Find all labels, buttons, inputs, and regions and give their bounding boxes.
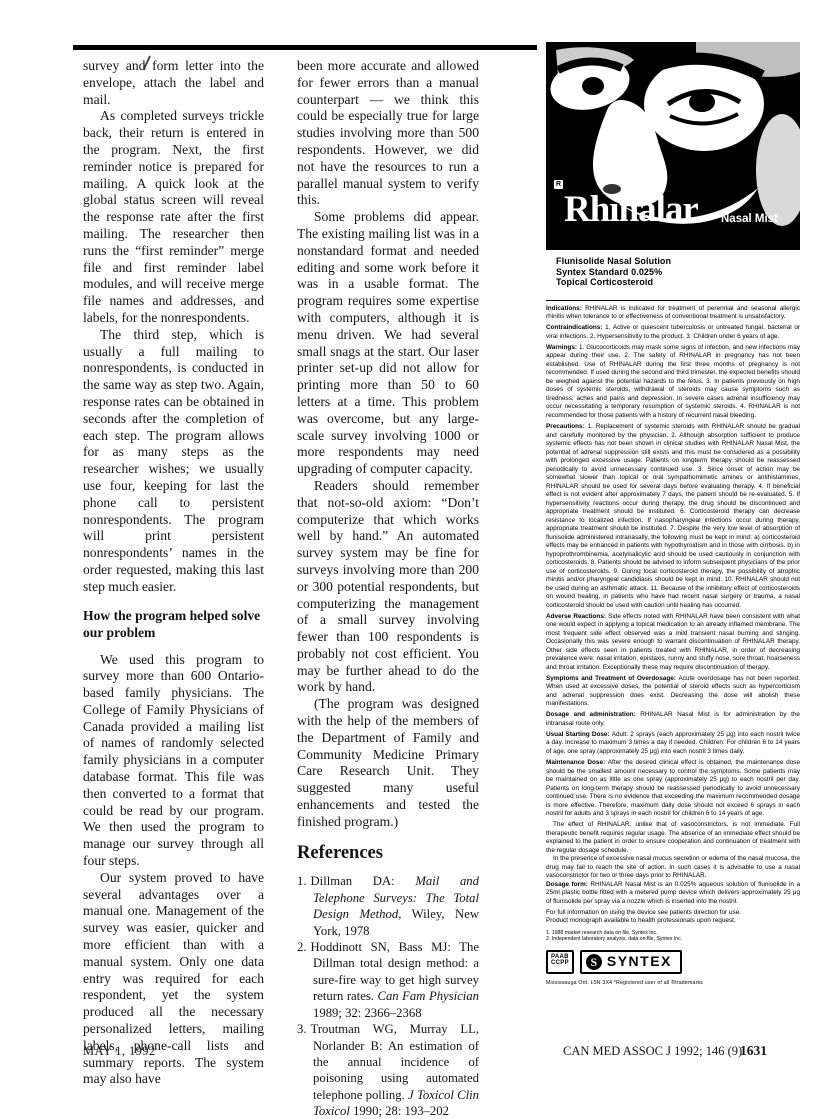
paragraph: The third step, which is usually a full … <box>83 327 264 596</box>
registered-mark-icon: R <box>554 180 563 189</box>
ad-section-label: Symptoms and Treatment of Overdosage: <box>546 675 678 682</box>
reference-number: 2. <box>297 940 311 954</box>
ad-hero-image: R Rhinalar Nasal Mist <box>546 42 800 250</box>
paragraph: been more accurate and allowed for fewer… <box>297 58 479 209</box>
paragraph: We used this program to survey more than… <box>83 652 264 870</box>
ad-section-text: RHINALAR is indicated for treatment of p… <box>546 305 800 321</box>
footer-date: MAY 1, 1992 <box>83 1044 156 1059</box>
top-rule <box>73 45 537 50</box>
reference-text: 1990; 28: 193–202 <box>350 1104 449 1118</box>
section-heading: How the program helped solve our problem <box>83 607 264 641</box>
journal-page: survey and form letter into the envelope… <box>0 0 816 1119</box>
advertisement-rhinalar: R Rhinalar Nasal Mist Flunisolide Nasal … <box>546 42 800 987</box>
ad-logos: PAAB CCPP S SYNTEX <box>546 950 800 974</box>
reference-number: 1. <box>297 874 311 888</box>
footer-page-number: 1631 <box>740 1043 767 1059</box>
paragraph: As completed surveys trickle back, their… <box>83 108 264 326</box>
ad-section-dosage-administration: Dosage and administration: RHINALAR Nasa… <box>546 711 800 728</box>
ad-address-line: Mississauga Ont. L5N 3X4 *Registered use… <box>546 979 800 988</box>
ad-section-effect-note: The effect of RHINALAR, unlike that of v… <box>546 821 800 855</box>
ad-section-text: The effect of RHINALAR, unlike that of v… <box>546 821 800 854</box>
ad-section-label: Contraindications: <box>546 324 605 331</box>
paragraph: survey and form letter into the envelope… <box>83 58 264 108</box>
paragraph: Readers should remember that not-so-old … <box>297 478 479 696</box>
brand-lockup: R Rhinalar Nasal Mist <box>554 184 794 228</box>
references-heading: References <box>297 845 479 862</box>
ad-section-text: After the desired clinical effect is obt… <box>546 759 800 817</box>
prescribing-information: Indications: RHINALAR is indicated for t… <box>546 300 800 987</box>
reference-item: 2.Hoddinott SN, Bass MJ: The Dillman tot… <box>297 939 479 1021</box>
ad-section-text: 1. Replacement of systemic steroids with… <box>546 423 800 609</box>
reference-number: 3. <box>297 1022 311 1036</box>
syntex-logo: S SYNTEX <box>580 950 682 974</box>
ad-section-label: Warnings: <box>546 344 579 351</box>
ad-section-adverse-reactions: Adverse Reactions: Side effects noted wi… <box>546 613 800 673</box>
ad-section-label: Maintenance Dose: <box>546 759 608 766</box>
reference-text: 1989; 32: 2366–2368 <box>313 1006 422 1020</box>
syntex-s-icon: S <box>586 954 602 970</box>
reference-item: 1.Dillman DA: Mail and Telephone Surveys… <box>297 873 479 939</box>
reference-item: 3.Troutman WG, Murray LL, Norlander B: A… <box>297 1021 479 1119</box>
ad-footnotes: 1. 1988 market research data on file, Sy… <box>546 930 800 943</box>
ad-section-text: Side effects noted with RHINALAR have be… <box>546 613 800 671</box>
product-line: Syntex Standard 0.025% <box>556 267 800 278</box>
ad-section-maintenance-dose: Maintenance Dose: After the desired clin… <box>546 759 800 819</box>
brand-tagline: Nasal Mist <box>721 213 778 225</box>
ad-section-label: Dosage form: <box>546 881 590 888</box>
ad-section-text: 1. Glucocorticoids may mask some signs o… <box>546 344 800 419</box>
ad-section-overdosage: Symptoms and Treatment of Overdosage: Ac… <box>546 675 800 709</box>
ad-section-text: Product monograph available to health pr… <box>546 917 736 924</box>
ad-section-dosage-form: Dosage form: RHINALAR Nasal Mist is an 0… <box>546 881 800 907</box>
ad-section-label: Indications: <box>546 305 585 312</box>
paragraph: (The program was designed with the help … <box>297 696 479 830</box>
brand-wordmark: Rhinalar <box>564 192 698 228</box>
footer-citation: CAN MED ASSOC J 1992; 146 (9) <box>563 1044 742 1059</box>
ad-section-label: Precautions: <box>546 423 588 430</box>
paab-ccpp-logo: PAAB CCPP <box>546 950 574 974</box>
ad-section-label: Dosage and administration: <box>546 711 640 718</box>
ad-section-precautions: Precautions: 1. Replacement of systemic … <box>546 423 800 610</box>
ad-footnote: 2. Independent laboratory analysis, data… <box>546 936 800 942</box>
ad-section-indications: Indications: RHINALAR is indicated for t… <box>546 305 800 322</box>
ad-section-device-info: For full information on using the device… <box>546 909 800 918</box>
ad-section-mucus-note: In the presence of excessive nasal mucus… <box>546 855 800 881</box>
ad-section-label: Adverse Reactions: <box>546 613 608 620</box>
ad-section-label: Usual Starting Dose: <box>546 731 612 738</box>
ad-section-text: In the presence of excessive nasal mucus… <box>546 855 800 879</box>
ad-section-monograph: Product monograph available to health pr… <box>546 917 800 926</box>
reference-text: Dillman DA: <box>311 874 416 888</box>
ad-section-usual-starting-dose: Usual Starting Dose: Adult: 2 sprays (ea… <box>546 731 800 757</box>
article-column-2: been more accurate and allowed for fewer… <box>297 58 479 1119</box>
reference-title-italic: Can Fam Physician <box>377 989 479 1003</box>
paragraph: Some problems did appear. The existing m… <box>297 209 479 478</box>
ccpp-label: CCPP <box>551 960 569 967</box>
product-line: Flunisolide Nasal Solution <box>556 256 800 267</box>
ad-section-contraindications: Contraindications: 1. Active or quiescen… <box>546 324 800 341</box>
product-description: Flunisolide Nasal Solution Syntex Standa… <box>556 256 800 288</box>
ad-section-warnings: Warnings: 1. Glucocorticoids may mask so… <box>546 344 800 421</box>
article-column-1: survey and form letter into the envelope… <box>83 58 264 1088</box>
ad-section-text: For full information on using the device… <box>546 909 741 916</box>
syntex-wordmark: SYNTEX <box>607 957 672 966</box>
product-line: Topical Corticosteroid <box>556 277 800 288</box>
